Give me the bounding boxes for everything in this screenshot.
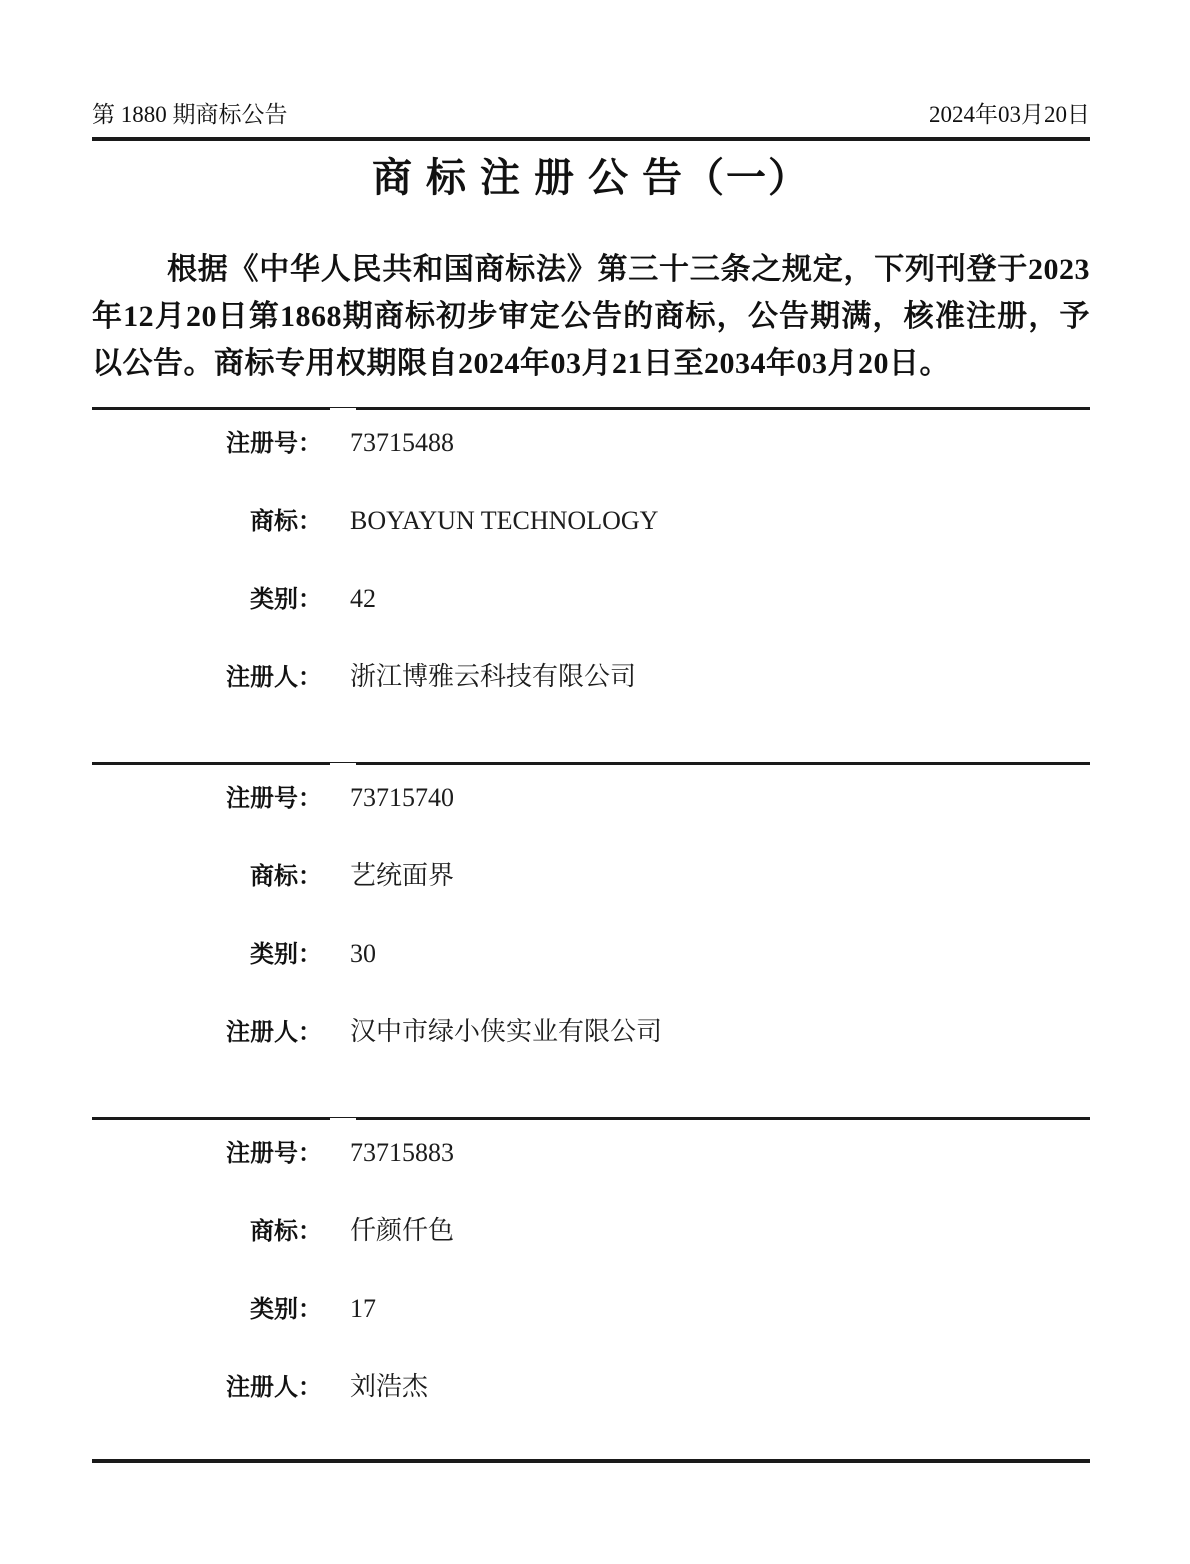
- registrant-label: 注册人：: [92, 1020, 322, 1046]
- record-rows: 注册号： 73715488 商标： BOYAYUN TECHNOLOGY 类别：…: [92, 410, 1090, 690]
- trademark-value: 艺统面界: [350, 863, 454, 889]
- record-row-class: 类别： 42: [92, 586, 1090, 612]
- intro-paragraph: 根据《中华人民共和国商标法》第三十三条之规定，下列刊登于2023年12月20日第…: [92, 246, 1090, 387]
- record-row-registrant: 注册人： 浙江博雅云科技有限公司: [92, 664, 1090, 690]
- class-value: 17: [350, 1296, 376, 1322]
- separator-notch: [330, 763, 356, 765]
- record-rows: 注册号： 73715883 商标： 仟颜仟色 类别： 17 注册人： 刘浩杰: [92, 1120, 1090, 1400]
- header-rule: [92, 137, 1090, 141]
- trademark-value: BOYAYUN TECHNOLOGY: [350, 508, 658, 534]
- reg-no-label: 注册号：: [92, 786, 322, 812]
- record-section-2: 注册号： 73715740 商标： 艺统面界 类别： 30 注册人： 汉中市绿小…: [92, 762, 1090, 1117]
- header-date: 2024年03月20日: [929, 101, 1090, 128]
- record-row-regno: 注册号： 73715883: [92, 1140, 1090, 1166]
- reg-no-label: 注册号：: [92, 431, 322, 457]
- registrant-value: 浙江博雅云科技有限公司: [350, 664, 636, 690]
- separator-notch: [330, 1118, 356, 1120]
- record-row-trademark: 商标： 仟颜仟色: [92, 1218, 1090, 1244]
- record-row-regno: 注册号： 73715488: [92, 430, 1090, 456]
- registrant-value: 刘浩杰: [350, 1374, 428, 1400]
- bottom-rule: [92, 1459, 1090, 1463]
- trademark-value: 仟颜仟色: [350, 1218, 454, 1244]
- record-separator: [92, 407, 1090, 410]
- issue-label: 第 1880 期商标公告: [92, 101, 288, 128]
- gazette-page: 第 1880 期商标公告 2024年03月20日 商 标 注 册 公 告（一） …: [0, 0, 1190, 1564]
- reg-no-value: 73715488: [350, 430, 454, 456]
- records-table: 注册号： 73715488 商标： BOYAYUN TECHNOLOGY 类别：…: [92, 407, 1090, 1459]
- reg-no-value: 73715740: [350, 785, 454, 811]
- record-separator: [92, 1117, 1090, 1120]
- record-row-trademark: 商标： 艺统面界: [92, 863, 1090, 889]
- trademark-label: 商标：: [92, 509, 322, 535]
- record-row-regno: 注册号： 73715740: [92, 785, 1090, 811]
- page-title: 商 标 注 册 公 告（一）: [92, 154, 1090, 202]
- class-label: 类别：: [92, 587, 322, 613]
- record-section-3: 注册号： 73715883 商标： 仟颜仟色 类别： 17 注册人： 刘浩杰: [92, 1117, 1090, 1459]
- record-row-class: 类别： 17: [92, 1296, 1090, 1322]
- reg-no-label: 注册号：: [92, 1141, 322, 1167]
- reg-no-value: 73715883: [350, 1140, 454, 1166]
- trademark-label: 商标：: [92, 864, 322, 890]
- registrant-label: 注册人：: [92, 1375, 322, 1401]
- record-rows: 注册号： 73715740 商标： 艺统面界 类别： 30 注册人： 汉中市绿小…: [92, 765, 1090, 1045]
- record-row-registrant: 注册人： 汉中市绿小侠实业有限公司: [92, 1019, 1090, 1045]
- class-value: 30: [350, 941, 376, 967]
- trademark-label: 商标：: [92, 1219, 322, 1245]
- record-section-1: 注册号： 73715488 商标： BOYAYUN TECHNOLOGY 类别：…: [92, 407, 1090, 762]
- record-row-registrant: 注册人： 刘浩杰: [92, 1374, 1090, 1400]
- page-header: 第 1880 期商标公告 2024年03月20日: [92, 0, 1090, 128]
- record-separator: [92, 762, 1090, 765]
- class-label: 类别：: [92, 1297, 322, 1323]
- registrant-label: 注册人：: [92, 665, 322, 691]
- record-row-trademark: 商标： BOYAYUN TECHNOLOGY: [92, 508, 1090, 534]
- separator-notch: [330, 408, 356, 410]
- record-row-class: 类别： 30: [92, 941, 1090, 967]
- class-label: 类别：: [92, 942, 322, 968]
- registrant-value: 汉中市绿小侠实业有限公司: [350, 1019, 662, 1045]
- class-value: 42: [350, 586, 376, 612]
